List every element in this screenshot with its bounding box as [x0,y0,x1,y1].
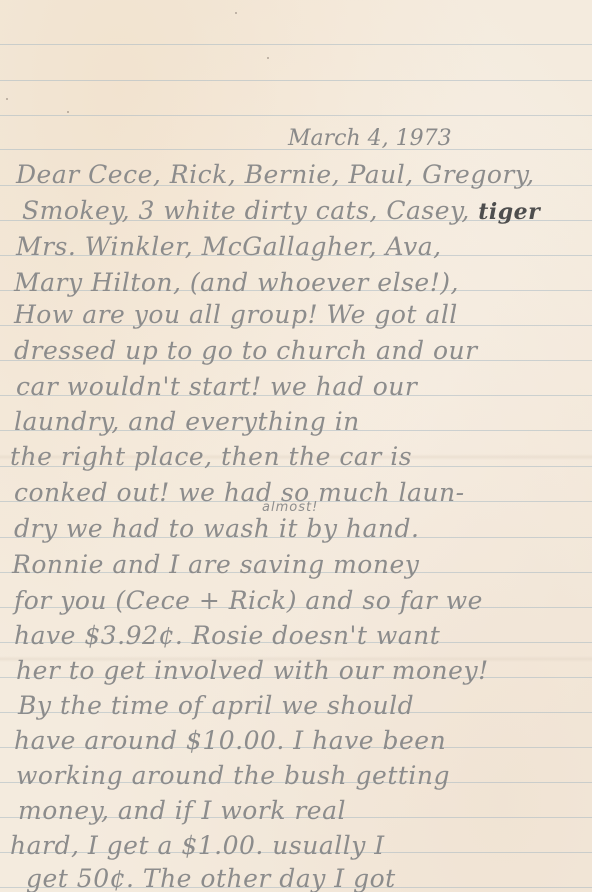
inserted-word-almost: almost! [262,500,318,515]
letter-line-text: Smokey, 3 white dirty cats, Casey, [22,196,470,225]
letter-line: conked out! we had so much laun- [14,478,465,508]
letter-line: dressed up to go to church and our [14,336,478,366]
letter-date: March 4, 1973 [288,126,452,151]
letter-line: Smokey, 3 white dirty cats, Casey, tiger [22,196,540,227]
letter-line: Dear Cece, Rick, Bernie, Paul, Gregory, [16,160,535,190]
letter-page: March 4, 1973 Dear Cece, Rick, Bernie, P… [0,0,592,892]
letter-line: Ronnie and I are saving money [12,550,419,580]
ruled-line [0,115,592,116]
letter-line: working around the bush getting [16,761,450,791]
ruled-line [0,44,592,45]
letter-line: Mrs. Winkler, McGallagher, Ava, [16,232,442,262]
letter-line: By the time of april we should [18,691,414,721]
letter-line: car wouldn't start! we had our [16,372,417,402]
paper-speck [6,98,8,100]
letter-line: dry we had to wash it by hand. [14,514,419,544]
letter-line: hard, I get a $1.00. usually I [10,831,385,861]
letter-line: her to get involved with our money! [16,656,489,686]
letter-line: laundry, and everything in [14,407,360,437]
added-word-tiger: tiger [478,199,540,225]
ruled-line [0,80,592,81]
paper-speck [67,111,69,113]
letter-line: How are you all group! We got all [14,300,458,330]
letter-line: get 50¢. The other day I got [26,864,396,892]
letter-line: Mary Hilton, (and whoever else!), [14,268,459,298]
paper-speck [235,12,237,14]
letter-line: money, and if I work real [18,796,346,826]
letter-line: the right place, then the car is [10,442,412,472]
letter-line: have $3.92¢. Rosie doesn't want [14,621,440,651]
paper-speck [267,57,269,59]
letter-line: have around $10.00. I have been [14,726,446,756]
letter-line: for you (Cece + Rick) and so far we [14,586,483,616]
